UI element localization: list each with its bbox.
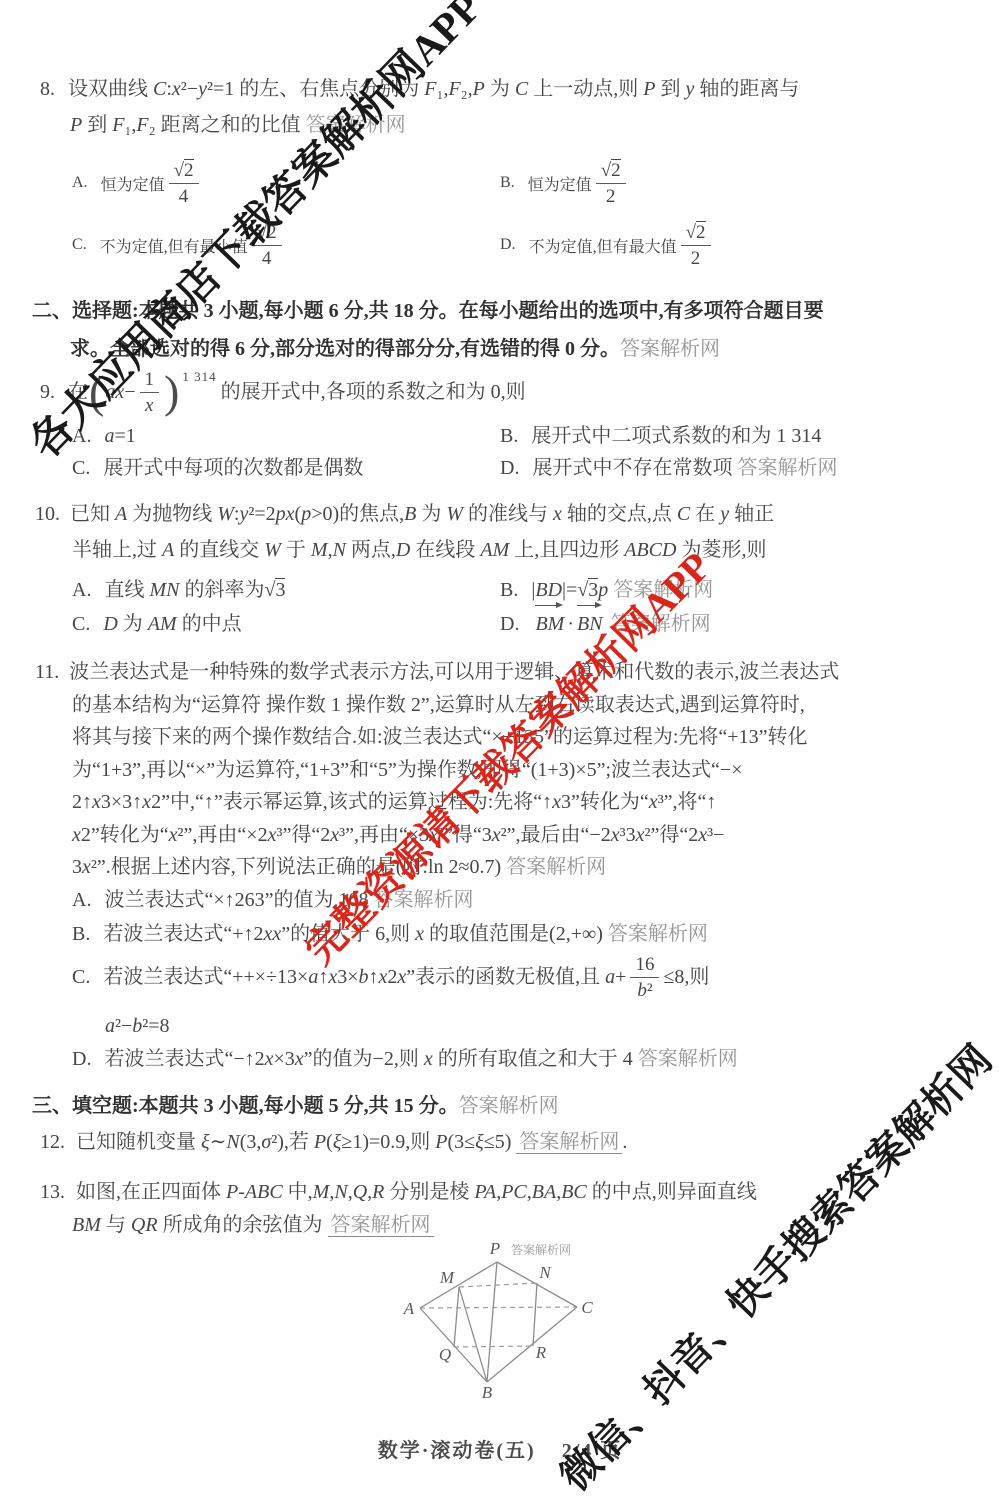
fraction-denominator: b² [637, 978, 652, 1000]
q10-option-row-1: A.直线 MN 的斜率为√3B.|BD|=√3p 答案解析网 [72, 578, 713, 602]
fraction-numerator: √2 [681, 223, 711, 246]
q9-expression: ax− [105, 380, 135, 404]
q10-option-row-2: C.D 为 AM 的中点D.BM·BN 答案解析网 [72, 612, 711, 636]
q11-option-c-fraction: 16b² [630, 955, 659, 1000]
q11-option-a-mark: 答案解析网 [374, 889, 474, 911]
q12-line: 12.已知随机变量 ξ∼N(3,σ²),若 P(ξ≥1)=0.9,则 P(3≤ξ… [40, 1130, 627, 1154]
q9-option-b-label: B. [500, 424, 518, 448]
q9-fraction: 1x [140, 370, 160, 415]
q9-option-b: B.展开式中二项式系数的和为 1 314 [500, 425, 821, 447]
open-paren: ( [89, 372, 104, 412]
fraction-numerator: √2 [252, 223, 282, 246]
q8-option-b-text: 恒为定值 [528, 172, 592, 195]
q10-option-b-mark: 答案解析网 [613, 579, 713, 601]
vertex-label-p: P [489, 1239, 500, 1258]
section3-header: 三、填空题:本题共 3 小题,每小题 5 分,共 15 分。答案解析网 [32, 1094, 559, 1118]
q9-option-d: D.展开式中不存在常数项 答案解析网 [500, 457, 837, 479]
q8-inline-mark: 答案解析网 [306, 114, 406, 136]
q8-option-c-label: C. [72, 236, 87, 254]
q8-option-b-label: B. [500, 174, 515, 192]
q8-option-c-fraction: √24 [252, 223, 282, 268]
q11-option-a-text: 波兰表达式“×↑263”的值为 108 [104, 889, 368, 911]
q8-option-a: A. 恒为定值 √24 [72, 161, 500, 206]
q11-line4: 为“1+3”,再以“×”为运算符,“1+3”和“5”为操作数,即得“(1+3)×… [72, 758, 742, 782]
fraction-denominator: 2 [606, 184, 616, 206]
q9-option-d-text: 展开式中不存在常数项 [532, 457, 732, 479]
q12-text: 已知随机变量 ξ∼N(3,σ²),若 P(ξ≥1)=0.9,则 P(3≤ξ≤5) [76, 1131, 511, 1153]
q13-line2-text: BM 与 QR 所成角的余弦值为 [72, 1214, 323, 1236]
tetrahedron-figure: P M N A C Q R B 答案解析网 [383, 1236, 613, 1416]
fraction-numerator: √2 [596, 161, 626, 184]
q10-option-d-mark: 答案解析网 [611, 613, 711, 635]
q8-option-a-fraction: √24 [169, 161, 199, 206]
q8-line2: P 到 F₁,F₂ 距离之和的比值 答案解析网 [70, 113, 406, 137]
q11-option-d-text: 若波兰表达式“−↑2x×3x”的值为−2,则 x 的所有取值之和大于 4 [104, 1048, 632, 1070]
vertex-label-b: B [482, 1383, 493, 1402]
footer-title: 数学·滚动卷(五) [378, 1440, 536, 1462]
q13-line2: BM 与 QR 所成角的余弦值为 答案解析网 [72, 1213, 434, 1237]
q12-number: 12. [40, 1130, 65, 1154]
vertex-label-c: C [581, 1298, 593, 1317]
q11-option-c-tail: ≤8,则 [663, 965, 709, 989]
fraction-numerator: 1 [140, 370, 160, 393]
q10-option-a-label: A. [72, 578, 91, 602]
q11-option-c-line2: a²−b²=8 [105, 1014, 170, 1038]
section2-header-line1: 二、选择题:本题共 3 小题,每小题 6 分,共 18 分。在每小题给出的选项中… [32, 299, 824, 323]
q11-line6: x2”转化为“x²”,再由“×2x³”得“2x³”,再由“×3x²”得“3x²”… [72, 823, 724, 847]
q11-option-a: A.波兰表达式“×↑263”的值为 108 答案解析网 [72, 888, 474, 912]
q13-line1-text: 如图,在正四面体 P-ABC 中,M,N,Q,R 分别是棱 PA,PC,BA,B… [76, 1181, 757, 1203]
q9-option-b-text: 展开式中二项式系数的和为 1 314 [531, 425, 821, 447]
q9-option-a-label: A. [72, 424, 91, 448]
q9-exponent: 1 314 [182, 365, 216, 389]
q11-line7-text: 3x²”.根据上述内容,下列说法正确的是(附:ln 2≈0.7) [72, 856, 501, 878]
q10-option-b: B.|BD|=√3p 答案解析网 [500, 579, 713, 601]
q9-option-c-text: 展开式中每项的次数都是偶数 [103, 457, 363, 479]
fraction-denominator: 4 [262, 246, 272, 268]
q11-option-b-mark: 答案解析网 [608, 923, 708, 945]
page-footer: 数学·滚动卷(五)2/4 页 [0, 1434, 1000, 1463]
fraction-denominator: 4 [179, 184, 189, 206]
section2-inline-mark: 答案解析网 [620, 338, 720, 360]
section3-inline-mark: 答案解析网 [459, 1095, 559, 1117]
q12-period: . [622, 1131, 627, 1153]
q8-line2-text: P 到 F₁,F₂ 距离之和的比值 [70, 114, 301, 136]
vector-bn: BN [577, 612, 603, 636]
q8-number: 8. [40, 77, 55, 101]
q10-option-d-label: D. [500, 612, 519, 636]
q9-option-c-label: C. [72, 456, 90, 480]
section2-header-line2-text: 求。全部选对的得 6 分,部分选对的得部分分,有选错的得 0 分。 [70, 338, 620, 360]
q11-option-d: D.若波兰表达式“−↑2x×3x”的值为−2,则 x 的所有取值之和大于 4 答… [72, 1047, 738, 1071]
q8-option-row-2: C. 不为定值,但有最小值 √24 D. 不为定值,但有最大值 √22 [72, 214, 928, 276]
vertex-label-n: N [538, 1263, 552, 1282]
q9-post-text: 的展开式中,各项的系数之和为 0,则 [221, 380, 526, 404]
q8-option-d-label: D. [500, 236, 516, 254]
q10-option-c: C.D 为 AM 的中点 [72, 612, 500, 636]
q11-option-c-text: 若波兰表达式“++×÷13×a↑x3×b↑x2x”表示的函数无极值,且 a+ [103, 965, 626, 989]
q12-answer-blank: 答案解析网 [516, 1131, 622, 1154]
q10-line2: 半轴上,过 A 的直线交 W 于 M,N 两点,D 在线段 AM 上,且四边形 … [72, 538, 766, 562]
q10-line1-text: 已知 A 为抛物线 W:y²=2px(p>0)的焦点,B 为 W 的准线与 x … [70, 503, 774, 525]
q11-option-c-label: C. [72, 965, 90, 989]
q8-option-d-text: 不为定值,但有最大值 [529, 234, 677, 257]
q8-line1-text: 设双曲线 C:x²−y²=1 的左、右焦点分别为 F₁,F₂,P 为 C 上一动… [68, 78, 799, 100]
q11-option-a-label: A. [72, 888, 91, 912]
dot-operator: · [567, 613, 574, 635]
q10-option-b-text: |BD|=√3p [531, 578, 608, 601]
fraction-denominator: x [145, 393, 153, 415]
vertex-label-q: Q [439, 1345, 451, 1364]
q10-line1: 10.已知 A 为抛物线 W:y²=2px(p>0)的焦点,B 为 W 的准线与… [35, 502, 774, 526]
q13-number: 13. [40, 1180, 65, 1204]
section3-header-text: 三、填空题:本题共 3 小题,每小题 5 分,共 15 分。 [32, 1095, 459, 1117]
vertex-label-a: A [403, 1299, 415, 1318]
q8-option-d-fraction: √22 [681, 223, 711, 268]
q8-option-row-1: A. 恒为定值 √24 B. 恒为定值 √22 [72, 152, 928, 214]
q10-option-a: A.直线 MN 的斜率为√3 [72, 578, 500, 602]
q13-answer-blank: 答案解析网 [328, 1214, 434, 1237]
q9-pre-text: 在 [68, 380, 88, 404]
q11-line1-text: 波兰表达式是一种特殊的数学式表示方法,可以用于逻辑、算术和代数的表示,波兰表达式 [69, 661, 839, 683]
q9-option-d-mark: 答案解析网 [737, 457, 837, 479]
q8-option-a-label: A. [72, 174, 88, 192]
q9-option-d-label: D. [500, 456, 519, 480]
vertex-label-r: R [535, 1343, 547, 1362]
q8-option-d: D. 不为定值,但有最大值 √22 [500, 223, 928, 268]
close-paren: ) [164, 372, 179, 412]
vertex-label-m: M [439, 1268, 455, 1287]
q11-option-d-label: D. [72, 1047, 91, 1071]
q8-option-b: B. 恒为定值 √22 [500, 161, 928, 206]
q11-option-b-label: B. [72, 922, 90, 946]
q9-option-row-2: C.展开式中每项的次数都是偶数D.展开式中不存在常数项 答案解析网 [72, 456, 837, 480]
exam-paper-page: 8.设双曲线 C:x²−y²=1 的左、右焦点分别为 F₁,F₂,P 为 C 上… [0, 0, 1000, 1504]
q10-number: 10. [35, 502, 60, 526]
vector-bm: BM [535, 612, 564, 636]
q9-option-c: C.展开式中每项的次数都是偶数 [72, 456, 500, 480]
q11-line2: 的基本结构为“运算符 操作数 1 操作数 2”,运算时从左到右读取表达式,遇到运… [72, 693, 805, 717]
q10-option-d: D.BM·BN 答案解析网 [500, 613, 711, 635]
figure-inline-mark: 答案解析网 [511, 1242, 571, 1257]
q8-line1: 8.设双曲线 C:x²−y²=1 的左、右焦点分别为 F₁,F₂,P 为 C 上… [40, 77, 799, 101]
q10-option-c-text: D 为 AM 的中点 [103, 613, 241, 635]
q9-option-a-text: a=1 [104, 425, 135, 447]
q9-option-a: A.a=1 [72, 424, 500, 448]
fraction-denominator: 2 [691, 246, 701, 268]
q11-line7: 3x²”.根据上述内容,下列说法正确的是(附:ln 2≈0.7) 答案解析网 [72, 855, 606, 879]
q10-option-c-label: C. [72, 612, 90, 636]
q8-option-a-text: 恒为定值 [101, 172, 165, 195]
q9-number: 9. [40, 380, 55, 404]
q10-option-a-text: 直线 MN 的斜率为√3 [104, 578, 285, 601]
q11-line5: 2↑x3×3↑x2”中,“↑”表示幂运算,该式的运算过程为:先将“↑x3”转化为… [72, 790, 716, 814]
section2-header-line2: 求。全部选对的得 6 分,部分选对的得部分分,有选错的得 0 分。答案解析网 [70, 337, 720, 361]
q11-line1: 11.波兰表达式是一种特殊的数学式表示方法,可以用于逻辑、算术和代数的表示,波兰… [35, 660, 839, 684]
fraction-numerator: 16 [630, 955, 659, 978]
q11-option-d-mark: 答案解析网 [638, 1048, 738, 1070]
q11-line3: 将其与接下来的两个操作数结合.如:波兰表达式“×+135”的运算过程为:先将“+… [72, 725, 807, 749]
q11-option-c: C. 若波兰表达式“++×÷13×a↑x3×b↑x2x”表示的函数无极值,且 a… [72, 946, 709, 1008]
q8-option-b-fraction: √22 [596, 161, 626, 206]
q13-line1: 13.如图,在正四面体 P-ABC 中,M,N,Q,R 分别是棱 PA,PC,B… [40, 1180, 757, 1204]
q11-stem-mark: 答案解析网 [506, 856, 606, 878]
q11-option-b-text: 若波兰表达式“+↑2xx”的值大于 6,则 x 的取值范围是(2,+∞) [103, 923, 603, 945]
q9-stem: 9. 在 ( ax− 1x ) 1 314 的展开式中,各项的系数之和为 0,则 [40, 361, 526, 423]
q10-option-b-label: B. [500, 578, 518, 602]
q11-option-b: B.若波兰表达式“+↑2xx”的值大于 6,则 x 的取值范围是(2,+∞) 答… [72, 922, 708, 946]
fraction-numerator: √2 [169, 161, 199, 184]
q8-option-c-text: 不为定值,但有最小值 [100, 234, 248, 257]
q11-number: 11. [35, 660, 59, 684]
watermark-bottom-right: 微信、抖音、快手搜索答案解析网 [545, 1030, 1000, 1501]
footer-page-number: 2/4 页 [562, 1440, 623, 1462]
q8-option-c: C. 不为定值,但有最小值 √24 [72, 223, 500, 268]
q9-option-row-1: A.a=1B.展开式中二项式系数的和为 1 314 [72, 424, 821, 448]
